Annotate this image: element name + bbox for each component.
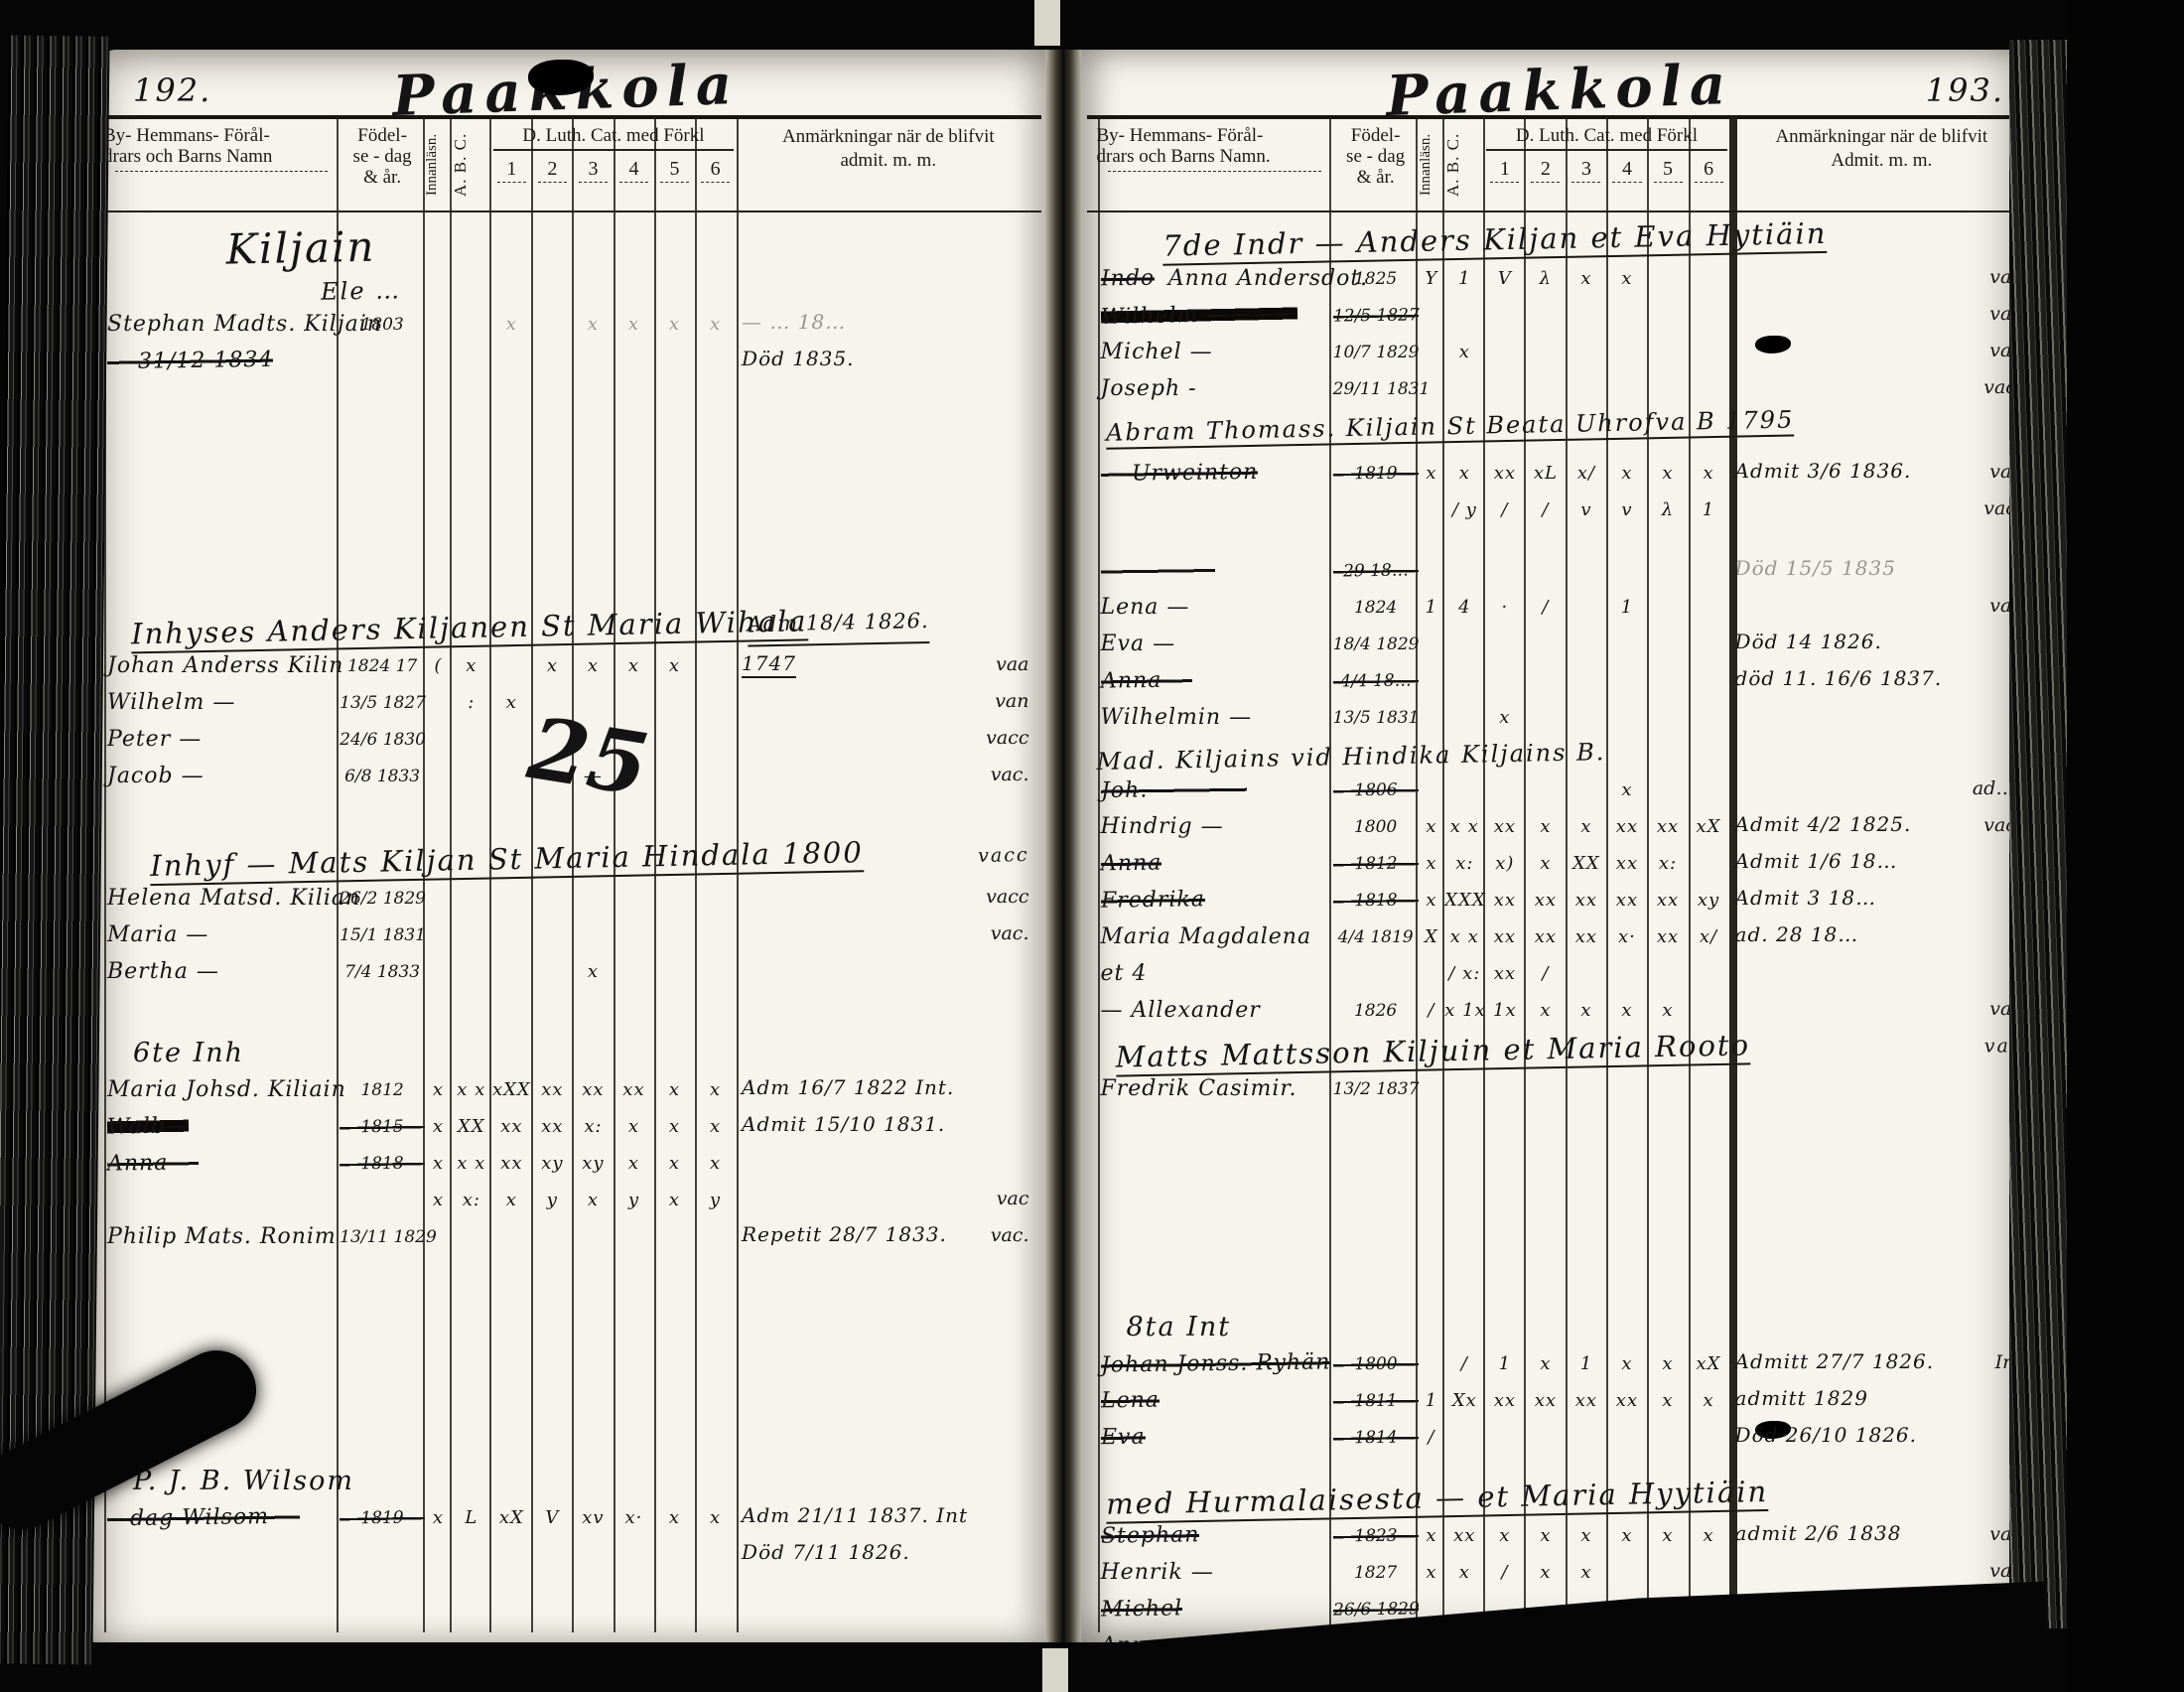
remarks-cell: vac	[1729, 334, 2034, 370]
birth-date: 1814	[1333, 1427, 1419, 1448]
person-name-cell: Stephan	[1087, 1523, 1333, 1548]
birth-date	[340, 360, 425, 361]
exam-mark: 1	[1419, 1390, 1445, 1411]
heading-text: Inhyses Anders Kiljanen St Maria Wihala	[131, 604, 808, 653]
exam-mark: x	[1419, 1562, 1445, 1583]
birth-date: 24/6 1830	[340, 730, 425, 750]
remark-text: Död 15/5 1835	[1735, 556, 1896, 580]
person-name: Lena	[1100, 1388, 1159, 1414]
person-name-cell: Philip Mats. Ronim	[93, 1224, 340, 1249]
register-row: Stephan1823xxxxxxxxxadmit 2/6 1838vac	[1087, 1517, 2035, 1554]
exam-mark: x	[425, 1116, 452, 1137]
exam-mark: x	[532, 655, 573, 676]
exam-mark: x	[614, 1153, 654, 1174]
exam-mark: x	[695, 314, 736, 335]
remarks-cell: vac	[1729, 260, 2034, 297]
register-row: Walb—1815xXXxxxxx:xxxAdmit 15/10 1831.	[93, 1108, 1041, 1145]
person-name-cell: — Allexander	[1087, 998, 1333, 1023]
person-name-cell: Hindrig —	[1087, 814, 1333, 839]
exam-mark: xx	[1566, 1390, 1606, 1411]
column-rule	[531, 115, 533, 1632]
column-header-remarks: Anmärkningar när de blifvit Admit. m. m.	[1729, 119, 2034, 211]
exam-mark: x:	[1444, 853, 1484, 874]
exam-mark: xXX	[491, 1079, 532, 1100]
exam-mark: x	[654, 1116, 695, 1137]
exam-mark: v	[1566, 499, 1606, 520]
exam-mark: x	[1525, 1000, 1566, 1021]
book-spread: 192. Paakkola By- Hemmans- Förål- drars …	[87, 50, 2038, 1642]
exam-mark: y	[532, 1190, 573, 1210]
person-name-cell: Peter —	[93, 727, 340, 752]
blank-space	[93, 990, 1041, 1038]
remark-text: död 11. 16/6 1837.	[1735, 666, 1943, 690]
exam-mark: V	[532, 1507, 573, 1528]
exam-mark: xy	[1689, 890, 1729, 911]
person-name-cell: Maria Magdalena	[1087, 924, 1333, 949]
person-name-cell: Henrik —	[1087, 1560, 1333, 1585]
exam-mark: x	[1566, 816, 1606, 837]
register-row: Anna1812xx:x)xXXxxx:Admit 1/6 18…	[1087, 845, 2035, 882]
exam-mark: x:	[452, 1190, 491, 1210]
heading-text: 7de Indr — Anders Kiljan et Eva Hytiäin	[1162, 216, 1828, 266]
exam-mark: x	[425, 1153, 452, 1174]
column-header-reading: Innanläsn.	[1419, 119, 1445, 211]
birth-date: 1800	[1333, 1353, 1419, 1374]
person-name-cell: Stephan Madts. Kiljain	[93, 312, 340, 337]
person-name-cell: Eva	[1087, 1425, 1333, 1450]
exam-mark: x	[1525, 816, 1566, 837]
exam-mark: xX	[1689, 816, 1729, 837]
exam-mark: x)	[1484, 853, 1525, 874]
struck-prefix: Indo	[1100, 266, 1155, 292]
remark-text: — … 18…	[742, 310, 846, 334]
register-row: Wilhelm ————12/5 1827vac	[1087, 297, 2035, 334]
exam-mark: v	[1606, 499, 1647, 520]
remark-text: admitt 1829	[1735, 1386, 1868, 1410]
register-row: Fredrika1818xXXXxxxxxxxxxxxyAdmit 3 18…	[1087, 882, 2035, 918]
exam-mark: 1	[1606, 597, 1647, 618]
exam-mark: x	[1419, 816, 1445, 837]
exam-mark: xx	[1525, 890, 1566, 911]
person-name-cell: Wilhelmin —	[1087, 705, 1333, 730]
birth-date: 1811	[1333, 1390, 1419, 1411]
exam-mark: / x:	[1444, 963, 1484, 984]
birth-date: 1824 17	[340, 656, 425, 676]
person-name-cell: Eva —	[1087, 632, 1333, 656]
large-handwritten-numeral: 25	[522, 698, 655, 815]
birth-date: 1825	[1333, 269, 1419, 289]
remarks-cell: ad. 28 18…	[1729, 918, 2034, 955]
exam-mark: x	[1606, 1000, 1647, 1021]
remark-text: Död 26/10 1826.	[1735, 1423, 1918, 1447]
exam-mark: /	[1525, 597, 1566, 618]
birth-date: 13/2 1837	[1333, 1079, 1419, 1099]
heading-text: Inhyf — Mats Kiljan St Maria Hindala 180…	[150, 835, 864, 886]
exam-mark: x	[1419, 1525, 1445, 1546]
exam-mark: x	[1419, 463, 1445, 484]
exam-mark: x	[1606, 1353, 1647, 1374]
person-name-cell: —dag Wilsom —	[93, 1505, 340, 1530]
column-header-abc: A. B. C.	[1444, 119, 1484, 211]
exam-mark: xv	[573, 1507, 614, 1528]
exam-mark: x	[1606, 268, 1647, 289]
exam-mark: x	[654, 1153, 695, 1174]
birth-date	[340, 1554, 425, 1555]
exam-mark: XX	[1566, 853, 1606, 874]
person-name: Joh. ————	[1100, 776, 1247, 803]
person-name: Bertha —	[107, 959, 219, 984]
birth-date: 1826	[1333, 1001, 1419, 1021]
person-name: Walb—	[107, 1113, 189, 1140]
exam-mark: x	[1419, 890, 1445, 911]
person-name: Eva	[1100, 1425, 1145, 1451]
register-row: xx:xyxyxyvac	[93, 1182, 1041, 1218]
remark-text: Admitt 27/7 1826.	[1735, 1349, 1935, 1373]
exam-mark: x	[654, 1190, 695, 1210]
exam-mark: x	[1566, 1562, 1606, 1583]
birth-date: 7/4 1833	[340, 962, 425, 982]
handwritten-note: P. J. B. Wilsom	[93, 1466, 1041, 1499]
table-header: By- Hemmans- Förål- drars och Barns Namn…	[1087, 115, 2035, 212]
exam-mark: λ	[1525, 268, 1566, 289]
person-name: Anna	[1100, 851, 1161, 877]
remarks-cell	[736, 1145, 1040, 1182]
exam-mark: xx	[1484, 1390, 1525, 1411]
person-name-cell: Joh. ————	[1087, 777, 1333, 802]
remark-text: Adm 16/7 1822 Int.	[742, 1075, 954, 1099]
exam-mark: xx	[1484, 816, 1525, 837]
person-name-cell: — Urweinton	[1087, 461, 1333, 486]
column-rule	[489, 115, 491, 1632]
exam-mark: L	[452, 1507, 491, 1528]
register-row: Peter —24/6 1830vacc25	[93, 721, 1041, 758]
exam-mark: x	[695, 1079, 736, 1100]
exam-mark: x	[1689, 463, 1729, 484]
remarks-cell: Död 26/10 1826.	[1729, 1419, 2034, 1456]
remark-note: Adm 18/4 1826.	[747, 601, 929, 647]
remarks-cell: Admit 3 18…	[1729, 882, 2034, 918]
remarks-cell: 1747vaa	[736, 647, 1040, 684]
exam-mark: y	[614, 1190, 654, 1210]
exam-mark: xx	[1484, 463, 1525, 484]
remarks-cell: vac.	[736, 758, 1040, 794]
person-name-cell: Anna —	[93, 1151, 340, 1176]
birth-date: 1818	[1333, 890, 1419, 911]
person-name: Stephan	[1100, 1522, 1199, 1548]
exam-mark: x/	[1566, 463, 1606, 484]
person-name-cell: Fredrika	[1087, 888, 1333, 913]
register-row: Lena18111Xxxxxxxxxxxxadmitt 1829	[1087, 1382, 2035, 1419]
person-name-cell: Lena	[1087, 1388, 1333, 1413]
person-name: Henrik —	[1101, 1560, 1214, 1585]
column-rule	[572, 115, 574, 1632]
register-row: Henrik —1827xx/xxvac	[1087, 1554, 2035, 1591]
blank-space	[93, 379, 1041, 606]
exam-mark: x	[654, 655, 695, 676]
remarks-cell: admitt 1829	[1729, 1382, 2034, 1419]
ink-blot	[1755, 336, 1791, 353]
remarks-cell: van	[736, 684, 1040, 721]
register-row: Johan Jonss. Ryhän1800/1x1xxxXAdmitt 27/…	[1087, 1345, 2035, 1382]
exam-mark: xx	[532, 1079, 573, 1100]
exam-mark: xx	[491, 1116, 532, 1137]
vaccination-note: vacc	[986, 727, 1028, 749]
exam-mark: x	[1647, 1000, 1688, 1021]
remarks-cell	[1729, 955, 2034, 992]
person-name: et 4	[1101, 961, 1148, 986]
column-rule	[450, 115, 452, 1632]
person-name: Maria Magdalena	[1101, 924, 1312, 949]
birth-date: 1827	[1333, 1563, 1419, 1583]
header-line: By- Hemmans- Förål-	[103, 125, 270, 146]
exam-mark: xx	[1606, 816, 1647, 837]
exam-mark: xx	[1525, 1390, 1566, 1411]
column-rule	[1098, 115, 1100, 1632]
person-name: Anna —	[1100, 667, 1192, 693]
vaccination-note: van	[995, 690, 1028, 712]
remarks-cell: vac.	[736, 916, 1040, 953]
exam-mark: xx	[1525, 926, 1566, 947]
column-header-names: By- Hemmans- Förål- drars och Barns Namn…	[1087, 119, 1333, 211]
exam-mark: x:	[573, 1116, 614, 1137]
birth-date: 1812	[340, 1080, 425, 1100]
vaccination-note: vacc	[986, 886, 1028, 908]
person-name: —dag Wilsom —	[107, 1504, 300, 1532]
person-name: Fredrik Casimir.	[1101, 1076, 1297, 1101]
exam-mark: x·	[614, 1507, 654, 1528]
remarks-cell: vac	[736, 1182, 1040, 1218]
person-name-cell: Maria Johsd. Kiliain	[93, 1077, 340, 1102]
register-row: Hindrig —1800xx xxxxxxxxxxXAdmit 4/2 182…	[1087, 808, 2035, 845]
remarks-cell: vacc	[736, 880, 1040, 916]
exam-mark: x	[614, 1116, 654, 1137]
clamp-mark-bottom	[1042, 1648, 1068, 1692]
person-name-cell: Wilhelm ————	[1087, 303, 1333, 328]
person-name-cell: Johan Jonss. Ryhän	[1087, 1351, 1333, 1376]
remarks-cell	[1729, 1070, 2034, 1107]
column-header-reading: Innanläsn.	[425, 119, 452, 211]
exam-mark: Y	[1419, 268, 1445, 289]
exam-mark: xx	[491, 1153, 532, 1174]
column-rule	[1729, 115, 1737, 1632]
column-rule	[737, 115, 739, 1632]
register-page-right: 193. Paakkola By- Hemmans- Förål- drars …	[1081, 50, 2039, 1642]
birth-date: 26/2 1829	[340, 889, 425, 909]
exam-mark: x	[1484, 707, 1525, 728]
birth-date: 1819	[340, 1507, 425, 1528]
birth-date: 1823	[1333, 1525, 1419, 1546]
person-name-cell: Michel	[1087, 1597, 1333, 1621]
remark-text: Admit 3/6 1836.	[1735, 459, 1912, 483]
column-header-remarks: Anmärkningar när de blifvit admit. m. m.	[736, 119, 1040, 211]
person-name-cell: Anna	[1087, 851, 1333, 876]
person-name: Wilhelm —	[107, 690, 235, 715]
birth-date: 29 18…	[1333, 560, 1419, 581]
column-rule	[1416, 115, 1418, 1632]
remarks-cell: vac	[1729, 297, 2034, 334]
remarks-cell: vacc	[736, 721, 1040, 758]
column-rule	[654, 115, 656, 1632]
exam-mark: x	[695, 1116, 736, 1137]
birth-date: 29/11 1831	[1333, 379, 1419, 399]
exam-mark: x x	[1444, 926, 1484, 947]
exam-mark: x	[1444, 1562, 1484, 1583]
exam-mark: XXX	[1444, 890, 1484, 911]
birth-date: 1818	[340, 1153, 425, 1174]
exam-mark: x x	[452, 1153, 491, 1174]
remark-text: Död 14 1826.	[1735, 630, 1882, 653]
person-name: Philip Mats. Ronim	[107, 1224, 337, 1249]
exam-mark: V	[1484, 268, 1525, 289]
column-rule	[423, 115, 425, 1632]
exam-mark: x 1x	[1444, 1000, 1484, 1021]
exam-mark: x	[1525, 853, 1566, 874]
exam-mark: x/	[1689, 926, 1729, 947]
exam-mark: x	[1419, 853, 1445, 874]
column-rule	[1566, 115, 1568, 1632]
person-name: Maria —	[107, 922, 208, 947]
exam-mark: Xx	[1444, 1390, 1484, 1411]
birth-date: 1812	[1333, 853, 1419, 874]
person-name: Johan Anderss Kilin	[107, 653, 343, 678]
exam-mark: y	[695, 1190, 736, 1210]
register-row: Bertha —7/4 1833x	[93, 953, 1041, 990]
exam-mark: xx	[1484, 890, 1525, 911]
birth-date: 26/6 1829	[1333, 1599, 1419, 1620]
person-name: Anna —	[107, 1150, 200, 1176]
photo-of-register-spread: 192. Paakkola By- Hemmans- Förål- drars …	[0, 0, 2184, 1692]
column-rule	[695, 115, 697, 1632]
register-row: —————29 18…Död 15/5 1835	[1087, 552, 2035, 589]
column-header-names: By- Hemmans- Förål- drars och Barns Namn	[93, 119, 340, 211]
exam-mark: x	[1566, 1525, 1606, 1546]
exam-mark: 1	[1419, 597, 1445, 618]
exam-mark: xx	[1647, 890, 1688, 911]
exam-mark: xx	[614, 1079, 654, 1100]
person-name: Hindrig —	[1101, 814, 1224, 839]
register-row: Joh. ————1806xad…!	[1087, 772, 2035, 808]
photo-dark-edge	[2067, 0, 2184, 1692]
remarks-cell: Admitt 27/7 1826.Int	[1729, 1345, 2034, 1382]
exam-mark: x	[1444, 463, 1484, 484]
exam-mark: x	[491, 314, 532, 335]
exam-mark: x	[491, 692, 532, 713]
person-name-cell: — 31/12 1834	[93, 349, 340, 373]
exam-mark: ·	[1484, 597, 1525, 618]
remarks-cell: Repetit 28/7 1833.vac.	[736, 1218, 1040, 1255]
exam-mark: xx	[1647, 816, 1688, 837]
exam-mark: 4	[1444, 597, 1484, 618]
person-name: Fredrika	[1100, 887, 1204, 913]
register-row: Eva1814/Död 26/10 1826.	[1087, 1419, 2035, 1456]
exam-mark: /	[1419, 1000, 1445, 1021]
exam-mark: /	[1525, 963, 1566, 984]
exam-mark: x	[1606, 1525, 1647, 1546]
person-name: Joseph -	[1101, 376, 1197, 401]
person-name-cell	[93, 1542, 340, 1567]
vaccination-note: vaa	[996, 653, 1028, 675]
exam-mark: x	[614, 314, 654, 335]
remarks-cell: Död 14 1826.	[1729, 626, 2034, 662]
person-name: Helena Matsd. Kilian	[107, 886, 360, 911]
remarks-cell: — … 18…	[736, 306, 1040, 343]
birth-date: 1824	[1333, 598, 1419, 618]
handwritten-note: 8ta Int	[1087, 1312, 2035, 1345]
birth-date: 6/8 1833	[340, 767, 425, 786]
register-row: Lena —182414·/1vac	[1087, 589, 2035, 626]
exam-mark: xx	[1444, 1525, 1484, 1546]
person-name-cell: IndoAnna Andersdot.	[1087, 266, 1333, 291]
exam-mark: x	[425, 1190, 452, 1210]
person-name: Michel —	[1101, 340, 1213, 364]
exam-mark: x	[573, 655, 614, 676]
person-name-cell: et 4	[1087, 961, 1333, 986]
register-row: Eva —18/4 1829Död 14 1826.	[1087, 626, 2035, 662]
vaccination-note: vac	[997, 1188, 1029, 1209]
person-name-cell: Jacob —	[93, 764, 340, 788]
exam-mark: x	[695, 1153, 736, 1174]
vaccination-note: vac.	[991, 764, 1029, 785]
exam-mark: xx	[532, 1116, 573, 1137]
person-name: Jacob —	[107, 764, 205, 788]
register-row: Maria Johsd. Kiliain1812xx xxXXxxxxxxxxA…	[93, 1071, 1041, 1108]
vaccination-note: vac.	[991, 922, 1029, 944]
exam-mark: (	[425, 655, 452, 676]
exam-mark: xx	[1647, 926, 1688, 947]
register-row: Philip Mats. Ronim13/11 1829Repetit 28/7…	[93, 1218, 1041, 1255]
register-rows: 7de Indr — Anders Kiljan et Eva HytiäinI…	[1087, 218, 2035, 1642]
person-name-cell: Michel —	[1087, 340, 1333, 364]
column-rule	[1647, 115, 1649, 1632]
exam-mark: x	[1689, 1390, 1729, 1411]
exam-mark: x	[1566, 1000, 1606, 1021]
column-rule	[1329, 115, 1331, 1632]
heading-text: Mad. Kiljains vid Hindika Kiljains B.	[1096, 738, 1605, 775]
exam-mark: x	[1525, 1525, 1566, 1546]
exam-mark: x	[654, 1079, 695, 1100]
person-name: — Urweinton	[1100, 460, 1258, 487]
remarks-cell: död 11. 16/6 1837.	[1729, 662, 2034, 699]
exam-mark: x	[1647, 1390, 1688, 1411]
header-line: drars och Barns Namn.	[1097, 146, 1271, 167]
person-name: Lena —	[1101, 595, 1190, 620]
register-row: et 4/ x:xx/	[1087, 955, 2035, 992]
register-row: Anna —1818xx xxxxyxyxxx	[93, 1145, 1041, 1182]
exam-mark: x	[491, 1190, 532, 1210]
person-name-cell: Bertha —	[93, 959, 340, 984]
remarks-cell	[736, 953, 1040, 990]
remark-text: Död 7/11 1826.	[742, 1540, 910, 1564]
exam-mark: x	[1484, 1525, 1525, 1546]
remark-text: Adm 21/11 1837. Int	[742, 1503, 968, 1527]
handwritten-note: 6te Inh	[93, 1038, 1041, 1071]
column-rule	[1442, 115, 1444, 1632]
remarks-cell: vac.	[1729, 492, 2034, 528]
column-rule	[1606, 115, 1608, 1632]
column-header-birthdate: Födel- se - dag & år.	[1333, 119, 1419, 211]
clamp-mark-top	[1034, 0, 1060, 46]
exam-mark: /	[1525, 499, 1566, 520]
remark-text: admit 2/6 1838	[1735, 1521, 1902, 1545]
exam-mark: x	[1525, 1353, 1566, 1374]
exam-mark: x	[573, 314, 614, 335]
exam-mark: 1	[1689, 499, 1729, 520]
column-rule	[337, 115, 339, 1632]
exam-mark: x	[1606, 463, 1647, 484]
remarks-cell: Död 7/11 1826.	[736, 1536, 1040, 1573]
column-rule	[1524, 115, 1526, 1632]
column-header-abc: A. B. C.	[452, 119, 491, 211]
